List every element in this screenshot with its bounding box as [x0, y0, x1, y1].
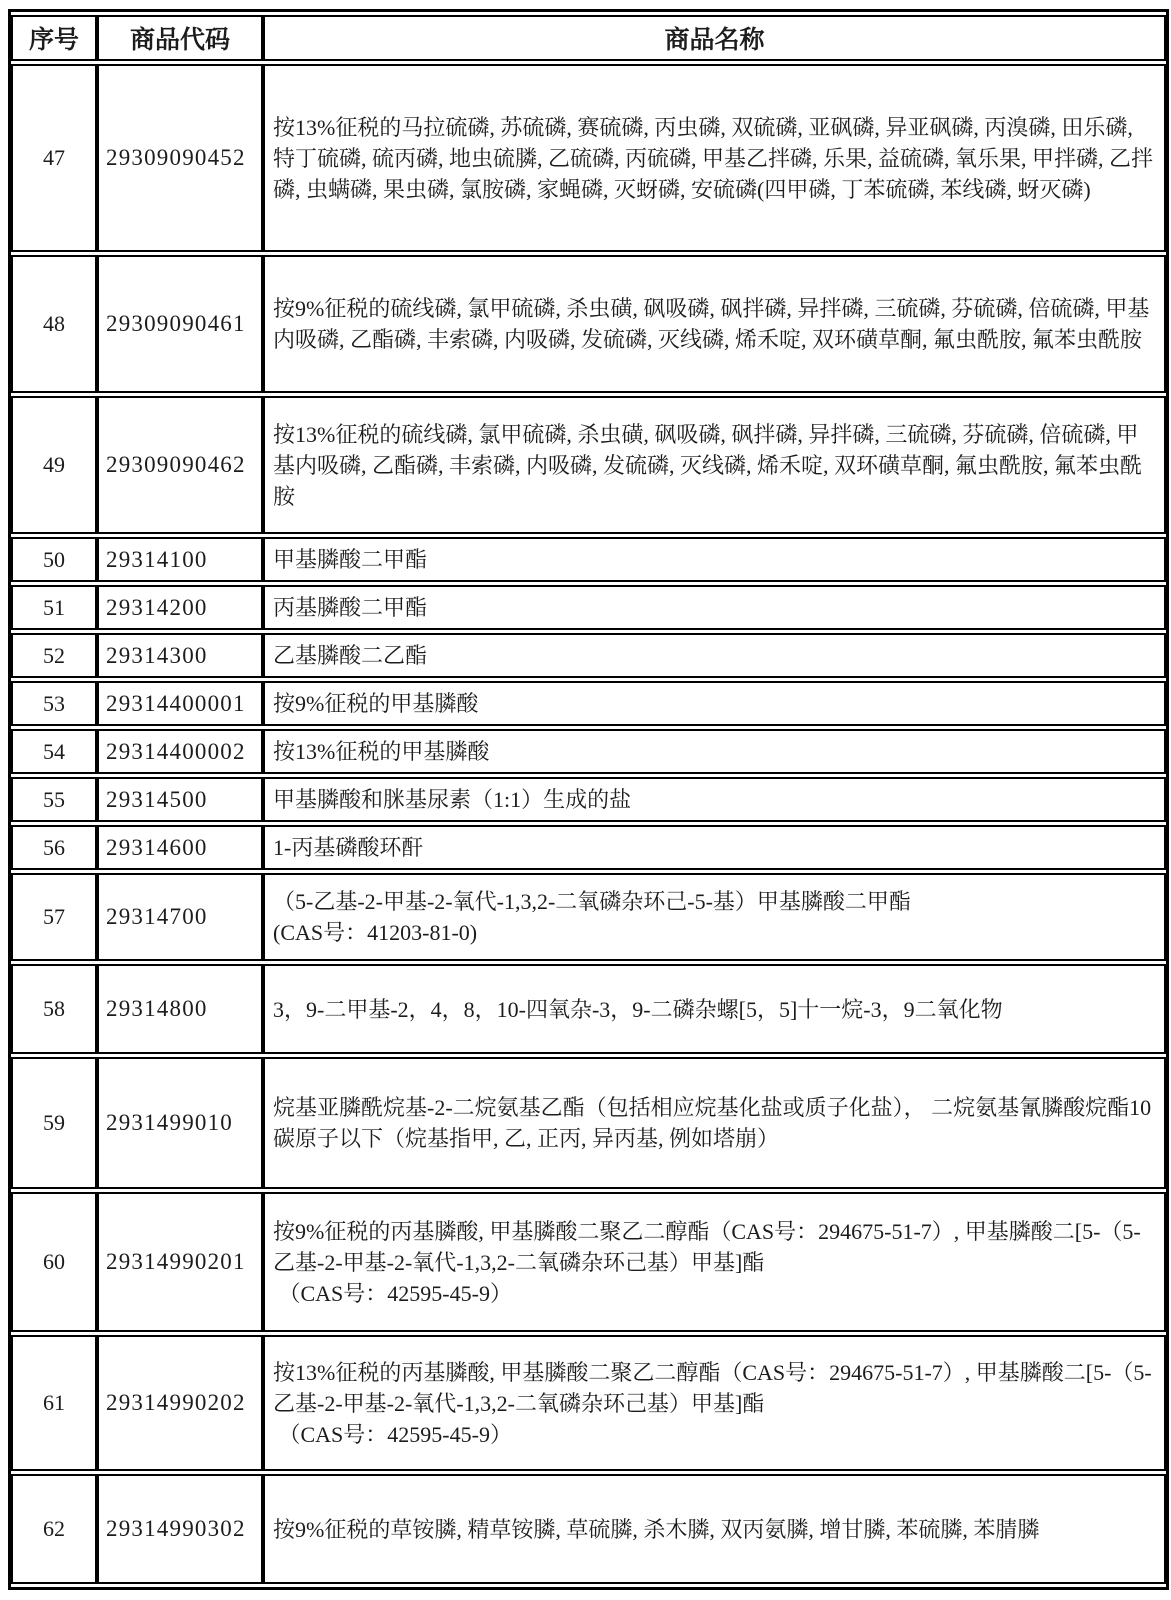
table-row: 61 29314990202 按13%征税的丙基膦酸, 甲基膦酸二聚乙二醇酯（C…: [11, 1335, 1166, 1471]
commodity-name-cell: 1-丙基磷酸环酐: [263, 825, 1166, 870]
row-number-cell: 59: [11, 1057, 97, 1189]
row-number-cell: 56: [11, 825, 97, 870]
commodity-code-cell: 29314200: [97, 585, 263, 630]
table-row: 52 29314300 乙基膦酸二乙酯: [11, 633, 1166, 678]
row-number-cell: 58: [11, 964, 97, 1054]
header-seq-no: 序号: [11, 15, 97, 61]
table-row: 56 29314600 1-丙基磷酸环酐: [11, 825, 1166, 870]
commodity-name-cell: 按13%征税的硫线磷, 氯甲硫磷, 杀虫磺, 砜吸磷, 砜拌磷, 异拌磷, 三硫…: [263, 396, 1166, 534]
table-row: 51 29314200 丙基膦酸二甲酯: [11, 585, 1166, 630]
row-number-cell: 62: [11, 1474, 97, 1584]
commodity-code-cell: 29314300: [97, 633, 263, 678]
table-row: 49 29309090462 按13%征税的硫线磷, 氯甲硫磷, 杀虫磺, 砜吸…: [11, 396, 1166, 534]
row-number-cell: 60: [11, 1192, 97, 1332]
row-number-cell: 55: [11, 777, 97, 822]
commodity-name-cell: 按9%征税的硫线磷, 氯甲硫磷, 杀虫磺, 砜吸磷, 砜拌磷, 异拌磷, 三硫磷…: [263, 255, 1166, 393]
commodity-code-cell: 29314700: [97, 873, 263, 961]
row-number-cell: 52: [11, 633, 97, 678]
row-number-cell: 49: [11, 396, 97, 534]
row-number-cell: 48: [11, 255, 97, 393]
commodity-name-cell: （5-乙基-2-甲基-2-氧代-1,3,2-二氧磷杂环己-5-基）甲基膦酸二甲酯…: [263, 873, 1166, 961]
commodity-name-cell: 3，9-二甲基-2，4，8，10-四氧杂-3，9-二磷杂螺[5，5]十一烷-3，…: [263, 964, 1166, 1054]
row-number-cell: 57: [11, 873, 97, 961]
table-row: 58 29314800 3，9-二甲基-2，4，8，10-四氧杂-3，9-二磷杂…: [11, 964, 1166, 1054]
row-number-cell: 47: [11, 64, 97, 252]
commodity-name-cell: 乙基膦酸二乙酯: [263, 633, 1166, 678]
commodity-code-cell: 29314400001: [97, 681, 263, 726]
commodity-code-cell: 29314400002: [97, 729, 263, 774]
commodity-code-cell: 29309090452: [97, 64, 263, 252]
commodity-table: 序号 商品代码 商品名称 47 29309090452 按13%征税的马拉硫磷,…: [8, 9, 1169, 1590]
table-header-row: 序号 商品代码 商品名称: [11, 15, 1166, 61]
table-row: 48 29309090461 按9%征税的硫线磷, 氯甲硫磷, 杀虫磺, 砜吸磷…: [11, 255, 1166, 393]
row-number-cell: 61: [11, 1335, 97, 1471]
commodity-name-cell: 按13%征税的马拉硫磷, 苏硫磷, 赛硫磷, 丙虫磷, 双硫磷, 亚砜磷, 异亚…: [263, 64, 1166, 252]
document-page: 序号 商品代码 商品名称 47 29309090452 按13%征税的马拉硫磷,…: [0, 0, 1171, 1600]
row-number-cell: 51: [11, 585, 97, 630]
commodity-code-cell: 29314990201: [97, 1192, 263, 1332]
header-commodity-code: 商品代码: [97, 15, 263, 61]
commodity-name-cell: 按9%征税的丙基膦酸, 甲基膦酸二聚乙二醇酯（CAS号：294675-51-7）…: [263, 1192, 1166, 1332]
commodity-code-cell: 29309090461: [97, 255, 263, 393]
table-row: 47 29309090452 按13%征税的马拉硫磷, 苏硫磷, 赛硫磷, 丙虫…: [11, 64, 1166, 252]
commodity-code-cell: 29314100: [97, 537, 263, 582]
table-row: 57 29314700 （5-乙基-2-甲基-2-氧代-1,3,2-二氧磷杂环己…: [11, 873, 1166, 961]
table-row: 60 29314990201 按9%征税的丙基膦酸, 甲基膦酸二聚乙二醇酯（CA…: [11, 1192, 1166, 1332]
table-row: 53 29314400001 按9%征税的甲基膦酸: [11, 681, 1166, 726]
row-number-cell: 54: [11, 729, 97, 774]
commodity-code-cell: 29309090462: [97, 396, 263, 534]
table-row: 55 29314500 甲基膦酸和脒基尿素（1:1）生成的盐: [11, 777, 1166, 822]
commodity-name-cell: 按13%征税的丙基膦酸, 甲基膦酸二聚乙二醇酯（CAS号：294675-51-7…: [263, 1335, 1166, 1471]
commodity-code-cell: 29314800: [97, 964, 263, 1054]
commodity-name-cell: 按9%征税的甲基膦酸: [263, 681, 1166, 726]
commodity-code-cell: 29314600: [97, 825, 263, 870]
commodity-code-cell: 29314500: [97, 777, 263, 822]
commodity-name-cell: 按9%征税的草铵膦, 精草铵膦, 草硫膦, 杀木膦, 双丙氨膦, 增甘膦, 苯硫…: [263, 1474, 1166, 1584]
table-row: 59 2931499010 烷基亚膦酰烷基-2-二烷氨基乙酯（包括相应烷基化盐或…: [11, 1057, 1166, 1189]
commodity-code-cell: 29314990202: [97, 1335, 263, 1471]
table-row: 50 29314100 甲基膦酸二甲酯: [11, 537, 1166, 582]
commodity-name-cell: 甲基膦酸和脒基尿素（1:1）生成的盐: [263, 777, 1166, 822]
commodity-code-cell: 2931499010: [97, 1057, 263, 1189]
commodity-code-cell: 29314990302: [97, 1474, 263, 1584]
row-number-cell: 50: [11, 537, 97, 582]
table-row: 54 29314400002 按13%征税的甲基膦酸: [11, 729, 1166, 774]
commodity-name-cell: 甲基膦酸二甲酯: [263, 537, 1166, 582]
commodity-name-cell: 烷基亚膦酰烷基-2-二烷氨基乙酯（包括相应烷基化盐或质子化盐）， 二烷氨基氰膦酸…: [263, 1057, 1166, 1189]
row-number-cell: 53: [11, 681, 97, 726]
header-commodity-name: 商品名称: [263, 15, 1166, 61]
commodity-name-cell: 丙基膦酸二甲酯: [263, 585, 1166, 630]
table-row: 62 29314990302 按9%征税的草铵膦, 精草铵膦, 草硫膦, 杀木膦…: [11, 1474, 1166, 1584]
commodity-name-cell: 按13%征税的甲基膦酸: [263, 729, 1166, 774]
